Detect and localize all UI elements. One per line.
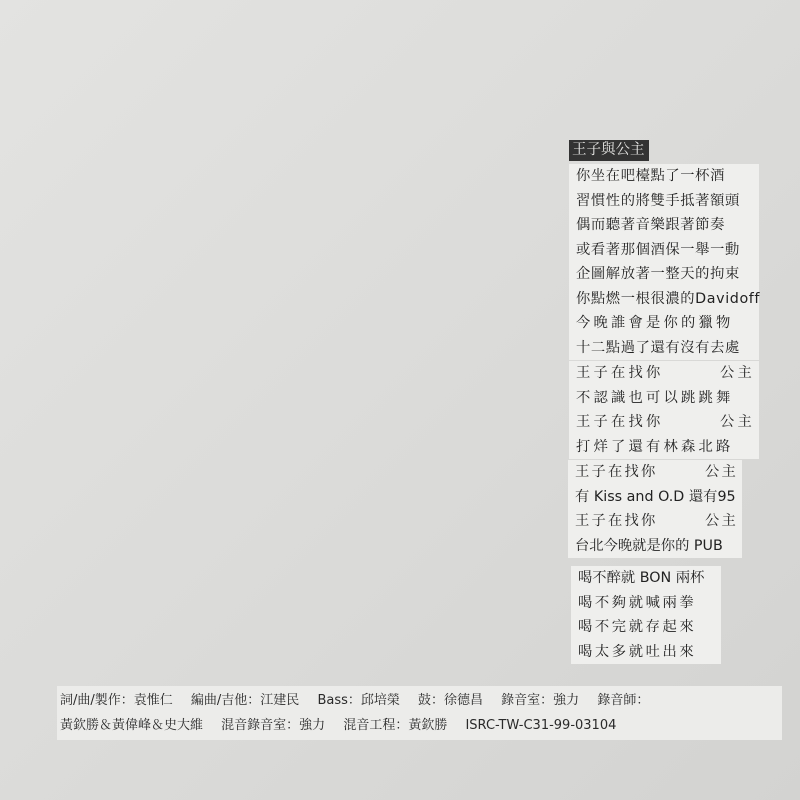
lyric-right: 公主 (720, 361, 755, 386)
lyric-left: 不認識也可以跳跳舞 (576, 386, 733, 411)
song-title: 王子與公主 (569, 140, 649, 161)
credits-line-2: 黃欽勝＆黃偉峰＆史大維 混音錄音室：強力 混音工程：黃欽勝 ISRC-TW-C3… (60, 713, 782, 738)
lyric-left: 王子在找你 (575, 460, 657, 485)
lyrics-panel: 王子與公主 你坐在吧檯點了一杯酒 習慣性的將雙手抵著額頭 偶而聽著音樂跟著節奏 … (569, 139, 759, 665)
lyric-line: 今晚誰會是你的獵物 (569, 311, 759, 336)
lyric-line: 王子在找你 公主 (568, 509, 742, 534)
lyric-left: 王子在找你 (576, 361, 663, 386)
lyric-line: 你點燃一根很濃的Davidoff (569, 287, 759, 312)
credit-mix-engineer: 混音工程：黃欽勝 (343, 718, 447, 733)
lyric-line: 王子在找你 公主 (569, 361, 759, 386)
credits-box: 詞/曲/製作：袁惟仁 編曲/吉他：江建民 Bass：邱培榮 鼓：徐德昌 錄音室：… (57, 686, 782, 740)
credit-bass: Bass：邱培榮 (317, 693, 399, 708)
lyric-line: 喝不夠就喊兩拳 (571, 591, 721, 616)
lyric-line: 台北今晚就是你的 PUB (568, 534, 742, 559)
chorus-block: 王子在找你 公主 不認識也可以跳跳舞 王子在找你 公主 打烊了還有林森北路 (569, 361, 759, 459)
credit-isrc: ISRC-TW-C31-99-03104 (465, 718, 616, 733)
lyric-right: 公主 (705, 509, 738, 534)
lyric-line: 喝不完就存起來 (571, 615, 721, 640)
lyric-left: 打烊了還有林森北路 (576, 435, 733, 460)
credit-engineer-label: 錄音師： (597, 693, 649, 708)
lyric-line: 或看著那個酒保一舉一動 (569, 238, 759, 263)
lyric-line: 王子在找你 公主 (568, 460, 742, 485)
lyric-left: 台北今晚就是你的 PUB (575, 534, 723, 559)
credit-engineers: 黃欽勝＆黃偉峰＆史大維 (60, 718, 203, 733)
lyric-line: 十二點過了還有沒有去處 (569, 336, 759, 361)
lyric-line: 有 Kiss and O.D 還有95 (568, 485, 742, 510)
verse-block: 你坐在吧檯點了一杯酒 習慣性的將雙手抵著額頭 偶而聽著音樂跟著節奏 或看著那個酒… (569, 164, 759, 360)
credit-arranger-guitar: 編曲/吉他：江建民 (191, 693, 299, 708)
lyric-right: 公主 (720, 410, 755, 435)
credit-mix-studio: 混音錄音室：強力 (221, 718, 325, 733)
lyric-line: 你坐在吧檯點了一杯酒 (569, 164, 759, 189)
lyric-left: 王子在找你 (575, 509, 657, 534)
lyric-line: 喝太多就吐出來 (571, 640, 721, 665)
outro-block: 喝不醉就 BON 兩杯 喝不夠就喊兩拳 喝不完就存起來 喝太多就吐出來 (571, 566, 721, 664)
lyric-line: 打烊了還有林森北路 (569, 435, 759, 460)
lyric-line: 不認識也可以跳跳舞 (569, 386, 759, 411)
chorus-block: 王子在找你 公主 有 Kiss and O.D 還有95 王子在找你 公主 台北… (568, 460, 742, 558)
credit-lyrics-composer-producer: 詞/曲/製作：袁惟仁 (60, 693, 173, 708)
lyric-line: 喝不醉就 BON 兩杯 (571, 566, 721, 591)
credit-drums: 鼓：徐德昌 (418, 693, 483, 708)
lyric-line: 企圖解放著一整天的拘束 (569, 262, 759, 287)
credits-line-1: 詞/曲/製作：袁惟仁 編曲/吉他：江建民 Bass：邱培榮 鼓：徐德昌 錄音室：… (60, 688, 782, 713)
lyric-line: 習慣性的將雙手抵著額頭 (569, 189, 759, 214)
lyric-line: 王子在找你 公主 (569, 410, 759, 435)
lyric-line: 偶而聽著音樂跟著節奏 (569, 213, 759, 238)
credit-studio: 錄音室：強力 (501, 693, 579, 708)
lyric-right: 公主 (705, 460, 738, 485)
lyric-left: 王子在找你 (576, 410, 663, 435)
lyric-left: 有 Kiss and O.D 還有95 (575, 485, 736, 510)
